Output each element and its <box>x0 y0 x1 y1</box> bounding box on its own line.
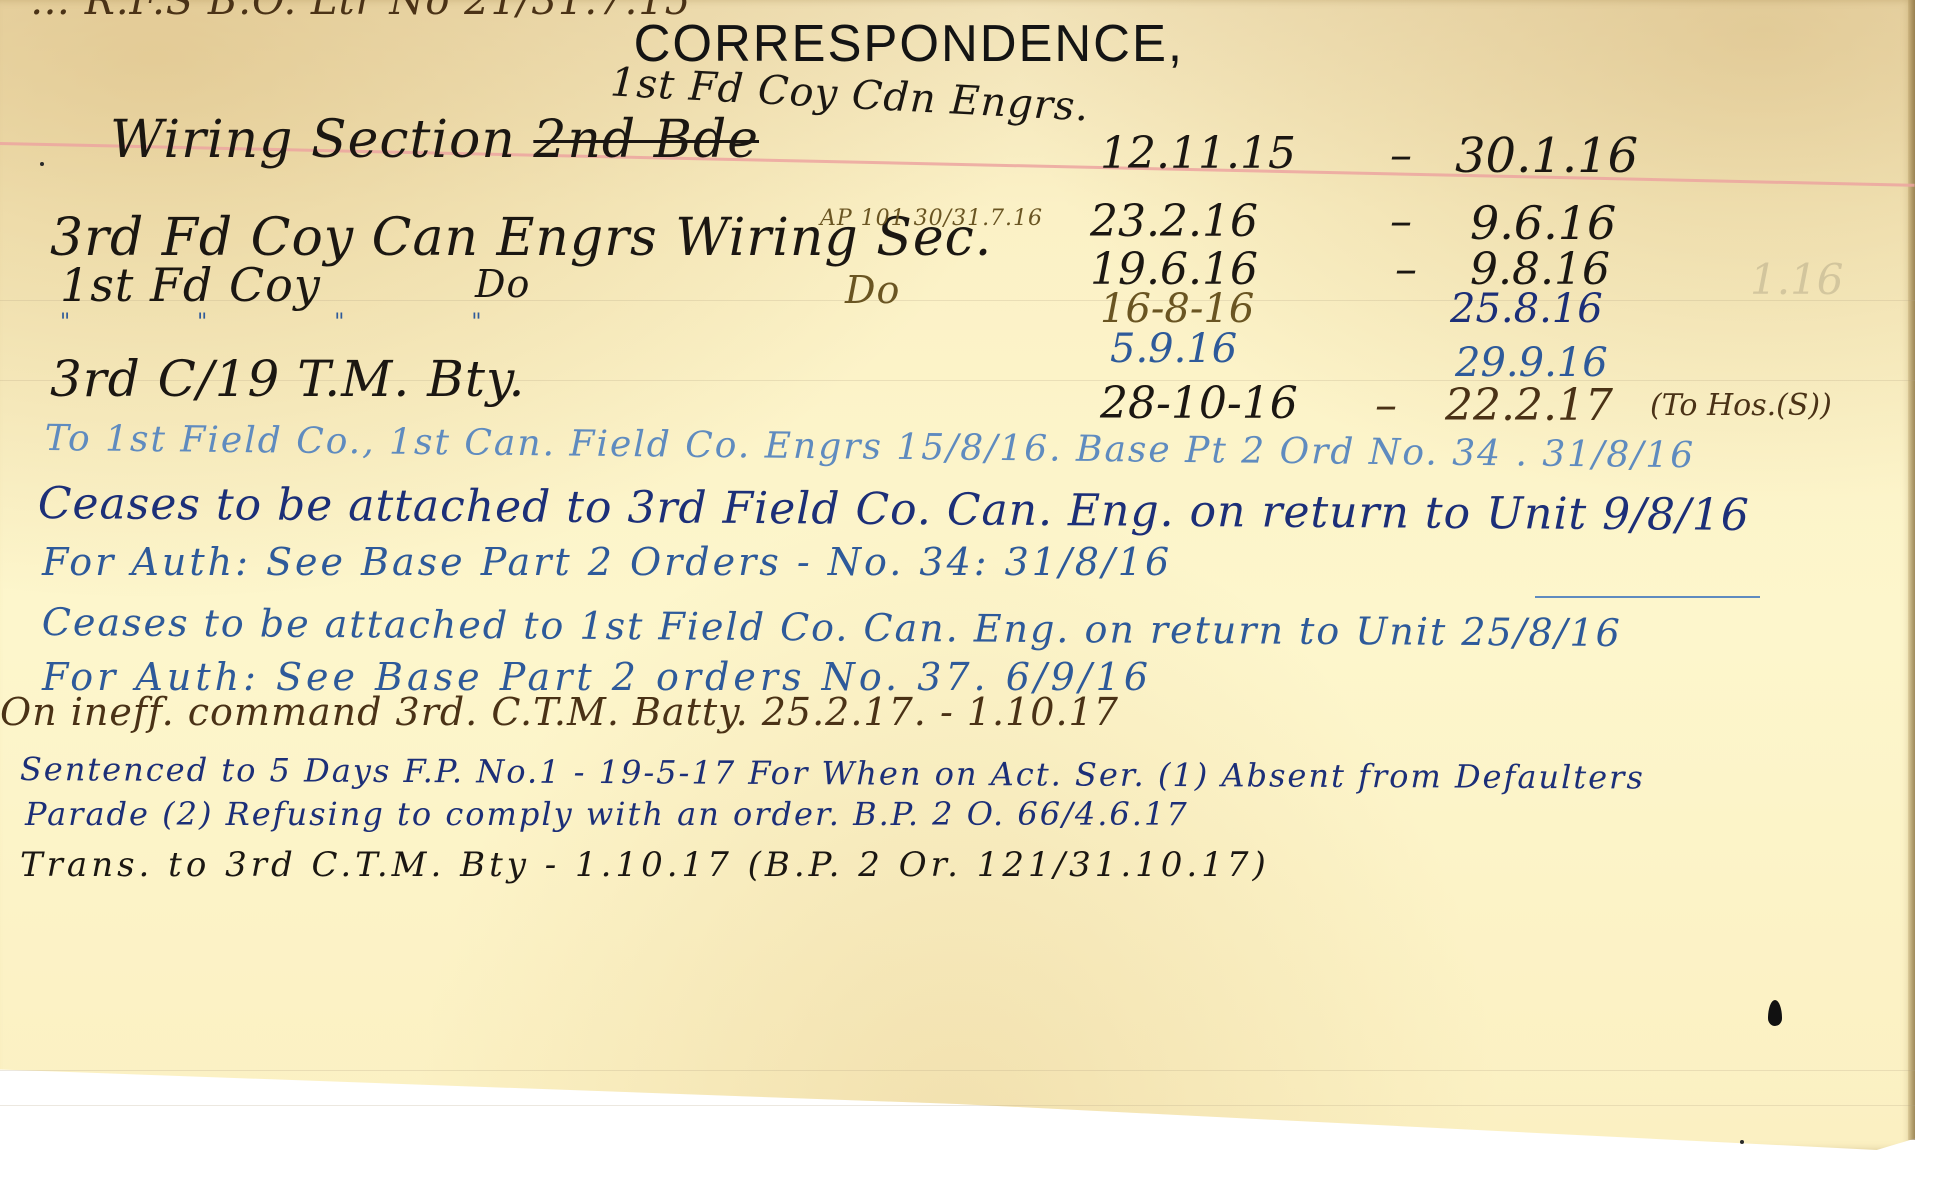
entry-from-1: 12.11.15 <box>1100 128 1296 179</box>
entry-from-2: 23.2.16 <box>1090 196 1258 247</box>
faint-rule <box>0 1070 1915 1071</box>
entry-annotation-2: AP 101 30/31.7.16 <box>820 206 1043 231</box>
faint-rule <box>0 1105 1915 1106</box>
date-dash: – <box>1375 380 1397 431</box>
remark-3: For Auth: See Base Part 2 Orders - No. 3… <box>42 540 1172 584</box>
entry-from-6: 28-10-16 <box>1100 378 1298 429</box>
ink-speck <box>40 162 44 166</box>
date-dash: – <box>1390 196 1412 247</box>
ink-speck <box>1740 1140 1744 1144</box>
faded-note: 1.16 <box>1750 255 1844 304</box>
unit-name: Wiring Section <box>110 110 516 170</box>
remark-6: On ineff. command 3rd. C.T.M. Batty. 25.… <box>0 690 1119 734</box>
entry-unit-6: 3rd C/19 T.M. Bty. <box>50 350 525 408</box>
entry-to-6: 22.2.17 <box>1445 380 1613 431</box>
date-dash: – <box>1390 130 1412 181</box>
entry-from-5: 5.9.16 <box>1110 326 1237 372</box>
entry-to-2: 9.6.16 <box>1470 196 1616 250</box>
entry-unit-1: Wiring Section 2nd Bde <box>110 110 759 170</box>
remark-8: Parade (2) Refusing to comply with an or… <box>25 795 1189 833</box>
entry-note-6: (To Hos.(S)) <box>1650 388 1832 423</box>
entry-unit-3: 1st Fd Coy <box>60 258 321 312</box>
ditto-mark-2: Do <box>845 268 900 312</box>
date-dash: – <box>1395 244 1417 295</box>
remark-9: Trans. to 3rd C.T.M. Bty - 1.10.17 (B.P.… <box>20 845 1270 885</box>
card-edge-shadow <box>1908 0 1915 1140</box>
underline-stroke <box>1535 596 1760 598</box>
top-line-partial: … R.F.S B.O. Ltr No 21/31.7.15 <box>30 0 691 24</box>
ditto-mark-1: Do <box>475 262 530 306</box>
entry-to-4: 25.8.16 <box>1450 286 1603 332</box>
top-line-text: … R.F.S B.O. Ltr No 21/31.7.15 <box>30 0 691 24</box>
entry-to-1: 30.1.16 <box>1455 128 1638 184</box>
entry-unit-4-ditto: " " " " <box>60 310 541 335</box>
struck-text: 2nd Bde <box>533 110 759 170</box>
